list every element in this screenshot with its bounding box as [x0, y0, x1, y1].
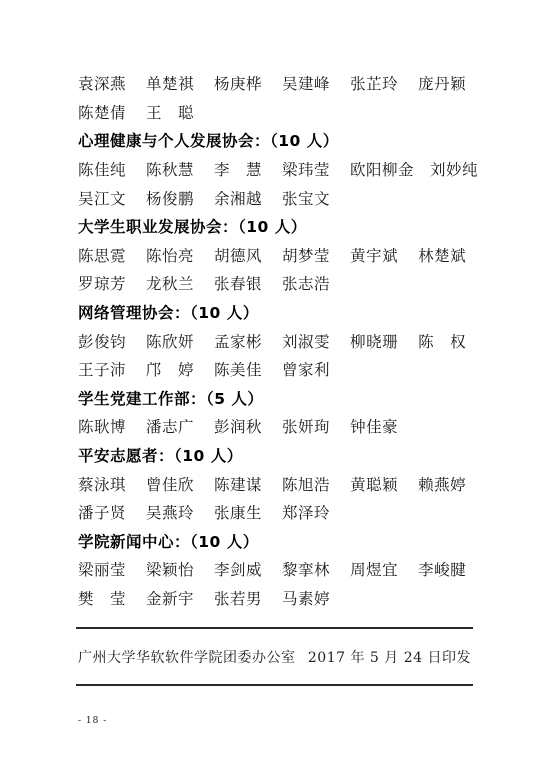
member-name: 樊 莹	[78, 587, 126, 609]
member-name: 陈美佳	[214, 358, 262, 380]
member-name: 郑泽玲	[282, 501, 330, 523]
section-heading: 学生党建工作部：（5 人）	[78, 384, 478, 413]
name-row: 陈佳纯陈秋慧李 慧梁玮莹欧阳柳金刘妙纯	[78, 155, 478, 184]
member-name: 梁颖怡	[146, 558, 194, 580]
member-name: 吴建峰	[282, 72, 330, 94]
name-row: 陈耿博潘志广彭润秋张妍珣钟佳豪	[78, 412, 478, 441]
member-name: 陈佳纯	[78, 158, 126, 180]
name-row: 陈思霓陈怡亮胡德风胡梦莹黄宇斌林楚斌	[78, 241, 478, 270]
member-name: 黎挛林	[282, 558, 330, 580]
document-page: 袁深燕单楚祺杨庚桦吴建峰张芷玲庞丹颖陈楚倩王 聪心理健康与个人发展协会：（10 …	[0, 0, 550, 778]
member-name: 刘妙纯	[430, 158, 478, 180]
member-name: 潘志广	[146, 415, 194, 437]
member-name: 曾佳欣	[146, 473, 194, 495]
member-name: 张春银	[214, 272, 262, 294]
member-name: 单楚祺	[146, 72, 194, 94]
member-name: 林楚斌	[418, 244, 466, 266]
member-name: 邝 婷	[146, 358, 194, 380]
section-heading: 学院新闻中心：（10 人）	[78, 527, 478, 556]
member-name: 张芷玲	[350, 72, 398, 94]
member-name: 张康生	[214, 501, 262, 523]
name-row: 王子沛邝 婷陈美佳曾家利	[78, 355, 478, 384]
name-row: 蔡泳琪曾佳欣陈建谋陈旭浩黄聪颖赖燕婷	[78, 469, 478, 498]
member-name: 陈楚倩	[78, 101, 126, 123]
member-name: 张若男	[214, 587, 262, 609]
member-name: 胡梦莹	[282, 244, 330, 266]
member-name: 赖燕婷	[418, 473, 466, 495]
member-name: 钟佳豪	[350, 415, 398, 437]
name-row: 罗琼芳龙秋兰张春银张志浩	[78, 269, 478, 298]
member-name: 吴燕玲	[146, 501, 194, 523]
issuing-office: 广州大学华软软件学院团委办公室	[78, 647, 296, 667]
section-heading: 网络管理协会：（10 人）	[78, 298, 478, 327]
name-row: 潘子贤吴燕玲张康生郑泽玲	[78, 498, 478, 527]
member-name: 王 聪	[146, 101, 194, 123]
section-heading: 平安志愿者：（10 人）	[78, 441, 478, 470]
member-name: 彭俊钧	[78, 330, 126, 352]
member-name: 余湘越	[214, 187, 262, 209]
member-name: 马素婷	[282, 587, 330, 609]
name-row: 樊 莹金新宇张若男马素婷	[78, 584, 478, 613]
footer-rule-top	[76, 627, 473, 629]
roster-content: 袁深燕单楚祺杨庚桦吴建峰张芷玲庞丹颖陈楚倩王 聪心理健康与个人发展协会：（10 …	[78, 69, 478, 612]
member-name: 刘淑雯	[282, 330, 330, 352]
page-number: - 18 -	[78, 716, 107, 726]
name-row: 吴江文杨俊鹏余湘越张宝文	[78, 183, 478, 212]
issue-date: 2017 年 5 月 24 日印发	[308, 647, 471, 667]
member-name: 胡德风	[214, 244, 262, 266]
member-name: 王子沛	[78, 358, 126, 380]
member-name: 陈建谋	[214, 473, 262, 495]
member-name: 陈 权	[418, 330, 466, 352]
member-name: 金新宇	[146, 587, 194, 609]
member-name: 柳晓珊	[350, 330, 398, 352]
member-name: 庞丹颖	[418, 72, 466, 94]
member-name: 陈旭浩	[282, 473, 330, 495]
member-name: 杨庚桦	[214, 72, 262, 94]
member-name: 罗琼芳	[78, 272, 126, 294]
member-name: 欧阳柳金	[350, 158, 410, 180]
member-name: 梁玮莹	[282, 158, 330, 180]
member-name: 黄宇斌	[350, 244, 398, 266]
member-name: 梁丽莹	[78, 558, 126, 580]
member-name: 黄聪颖	[350, 473, 398, 495]
name-row: 陈楚倩王 聪	[78, 98, 478, 127]
member-name: 陈秋慧	[146, 158, 194, 180]
member-name: 李峻腱	[418, 558, 466, 580]
name-row: 梁丽莹梁颖怡李剑威黎挛林周煜宜李峻腱	[78, 555, 478, 584]
member-name: 袁深燕	[78, 72, 126, 94]
member-name: 张志浩	[282, 272, 330, 294]
member-name: 陈思霓	[78, 244, 126, 266]
name-row: 彭俊钧陈欣妍孟家彬刘淑雯柳晓珊陈 权	[78, 326, 478, 355]
member-name: 陈怡亮	[146, 244, 194, 266]
section-heading: 心理健康与个人发展协会：（10 人）	[78, 126, 478, 155]
footer-rule-bottom	[76, 684, 473, 686]
member-name: 李剑威	[214, 558, 262, 580]
member-name: 杨俊鹏	[146, 187, 194, 209]
member-name: 吴江文	[78, 187, 126, 209]
member-name: 孟家彬	[214, 330, 262, 352]
member-name: 曾家利	[282, 358, 330, 380]
name-row: 袁深燕单楚祺杨庚桦吴建峰张芷玲庞丹颖	[78, 69, 478, 98]
member-name: 蔡泳琪	[78, 473, 126, 495]
member-name: 张妍珣	[282, 415, 330, 437]
member-name: 陈耿博	[78, 415, 126, 437]
member-name: 李 慧	[214, 158, 262, 180]
member-name: 张宝文	[282, 187, 330, 209]
member-name: 龙秋兰	[146, 272, 194, 294]
section-heading: 大学生职业发展协会：（10 人）	[78, 212, 478, 241]
member-name: 潘子贤	[78, 501, 126, 523]
member-name: 陈欣妍	[146, 330, 194, 352]
member-name: 彭润秋	[214, 415, 262, 437]
footer-line: 广州大学华软软件学院团委办公室 2017 年 5 月 24 日印发	[78, 647, 471, 667]
member-name: 周煜宜	[350, 558, 398, 580]
